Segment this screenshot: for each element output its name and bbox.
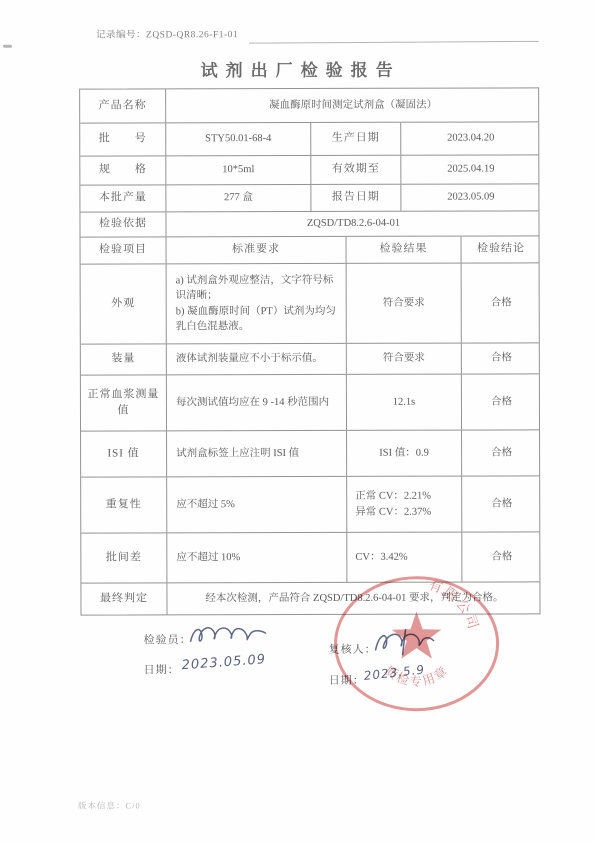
header-requirement: 标准要求 — [166, 237, 346, 263]
item-requirement: 液体试剂装量应不小于标示值。 — [166, 344, 346, 374]
company-seal-stamp: 有限公司 质检专用章 — [328, 571, 504, 717]
item-requirement: 试剂盒标签上应注明 ISI 值 — [166, 431, 346, 476]
spec-value: 10*5ml — [165, 156, 310, 184]
item-result: 12.1s — [346, 375, 461, 430]
product-name-value: 凝血酶原时间测定试剂盒（凝固法） — [165, 88, 540, 122]
table-row-appearance: 外观 a) 试剂盒外观应整洁，文字符号标识清晰； b) 凝血酶原时间（PT）试剂… — [81, 262, 539, 343]
inspection-report-table: 产品名称 凝血酶原时间测定试剂盒（凝固法） 批 号 STY50.01-68-4 … — [79, 87, 540, 615]
stamp-star-icon — [392, 612, 442, 659]
expiry-label: 有效期至 — [310, 156, 400, 184]
expiry-value: 2025.04.19 — [400, 155, 540, 183]
production-date-value: 2023.04.20 — [400, 122, 540, 154]
inspector-date-label: 日期： — [144, 661, 180, 677]
product-name-label: 产品名称 — [80, 89, 165, 122]
item-requirement: 应不超过 10% — [166, 533, 346, 582]
table-row-repeatability: 重复性 应不超过 5% 正常 CV：2.21% 异常 CV：2.37% 合格 — [81, 475, 539, 532]
table-row-spec: 规 格 10*5ml 有效期至 2025.04.19 — [80, 154, 538, 184]
item-name: 重复性 — [81, 477, 166, 532]
final-verdict-label: 最终判定 — [81, 583, 166, 614]
basis-label: 检验依据 — [80, 212, 165, 236]
batch-label: 批 号 — [80, 123, 165, 155]
inspector-signature — [187, 620, 271, 650]
spec-label: 规 格 — [80, 156, 165, 184]
report-date-label: 报告日期 — [310, 185, 400, 211]
item-name: ISI 值 — [81, 431, 166, 476]
item-conclusion: 合格 — [461, 430, 541, 475]
item-requirement: a) 试剂盒外观应整洁，文字符号标识清晰； b) 凝血酶原时间（PT）试剂为均匀… — [166, 264, 346, 343]
table-row-quantity: 本批产量 277 盒 报告日期 2023.05.09 — [80, 183, 538, 211]
table-row-basis: 检验依据 ZQSD/TD8.2.6-04-01 — [80, 210, 538, 236]
header-conclusion: 检验结论 — [461, 236, 541, 262]
item-name: 批间差 — [81, 533, 166, 582]
item-result: 符合要求 — [346, 344, 461, 374]
top-horizontal-rule — [249, 41, 539, 44]
item-name: 装量 — [81, 344, 166, 374]
table-row-batch: 批 号 STY50.01-68-4 生产日期 2023.04.20 — [80, 121, 538, 155]
item-conclusion: 合格 — [461, 374, 541, 429]
production-date-label: 生产日期 — [310, 123, 400, 155]
inspector-date-handwritten: 2023.05.09 — [181, 652, 266, 673]
batch-value: STY50.01-68-4 — [165, 123, 310, 155]
table-row-fill-volume: 装量 液体试剂装量应不小于标示值。 符合要求 合格 — [81, 342, 539, 374]
quantity-value: 277 盒 — [165, 185, 310, 211]
item-conclusion: 合格 — [461, 476, 541, 531]
item-requirement: 应不超过 5% — [166, 477, 346, 532]
inspector-label: 检验员： — [144, 631, 192, 647]
record-number-value: ZQSD-QR8.26-F1-01 — [146, 30, 238, 40]
scan-artifact-dash — [3, 45, 12, 48]
table-row-isi: ISI 值 试剂盒标签上应注明 ISI 值 ISI 值：0.9 合格 — [81, 429, 539, 476]
scanned-report-page: 记录编号：ZQSD-QR8.26-F1-01 试剂出厂检验报告 产品名称 凝血酶… — [0, 0, 595, 842]
item-result: 正常 CV：2.21% 异常 CV：2.37% — [346, 477, 461, 532]
page-title: 试剂出厂检验报告 — [0, 55, 594, 82]
header-result: 检验结果 — [346, 237, 461, 263]
results-header-row: 检验项目 标准要求 检验结果 检验结论 — [81, 235, 539, 263]
report-date-value: 2023.05.09 — [400, 184, 540, 210]
item-requirement: 每次测试值均应在 9 -14 秒范围内 — [166, 375, 346, 430]
footer-version-note: 版本信息：C/0 — [78, 799, 141, 811]
header-item: 检验项目 — [81, 237, 166, 263]
item-name: 正常血浆测量值 — [81, 375, 166, 430]
record-number-label: 记录编号： — [96, 30, 146, 40]
table-row-product: 产品名称 凝血酶原时间测定试剂盒（凝固法） — [80, 88, 538, 122]
svg-text:质检专用章: 质检专用章 — [382, 662, 451, 688]
basis-value: ZQSD/TD8.2.6-04-01 — [165, 211, 540, 236]
item-conclusion: 合格 — [461, 263, 541, 342]
item-result: ISI 值：0.9 — [346, 431, 461, 476]
table-row-normal-plasma: 正常血浆测量值 每次测试值均应在 9 -14 秒范围内 12.1s 合格 — [81, 373, 539, 430]
stamp-bottom-text: 质检专用章 — [382, 662, 451, 688]
quantity-label: 本批产量 — [80, 185, 165, 211]
item-name: 外观 — [81, 264, 166, 343]
item-result: 符合要求 — [346, 264, 461, 343]
item-conclusion: 合格 — [461, 343, 541, 373]
record-number-line: 记录编号：ZQSD-QR8.26-F1-01 — [96, 26, 238, 40]
